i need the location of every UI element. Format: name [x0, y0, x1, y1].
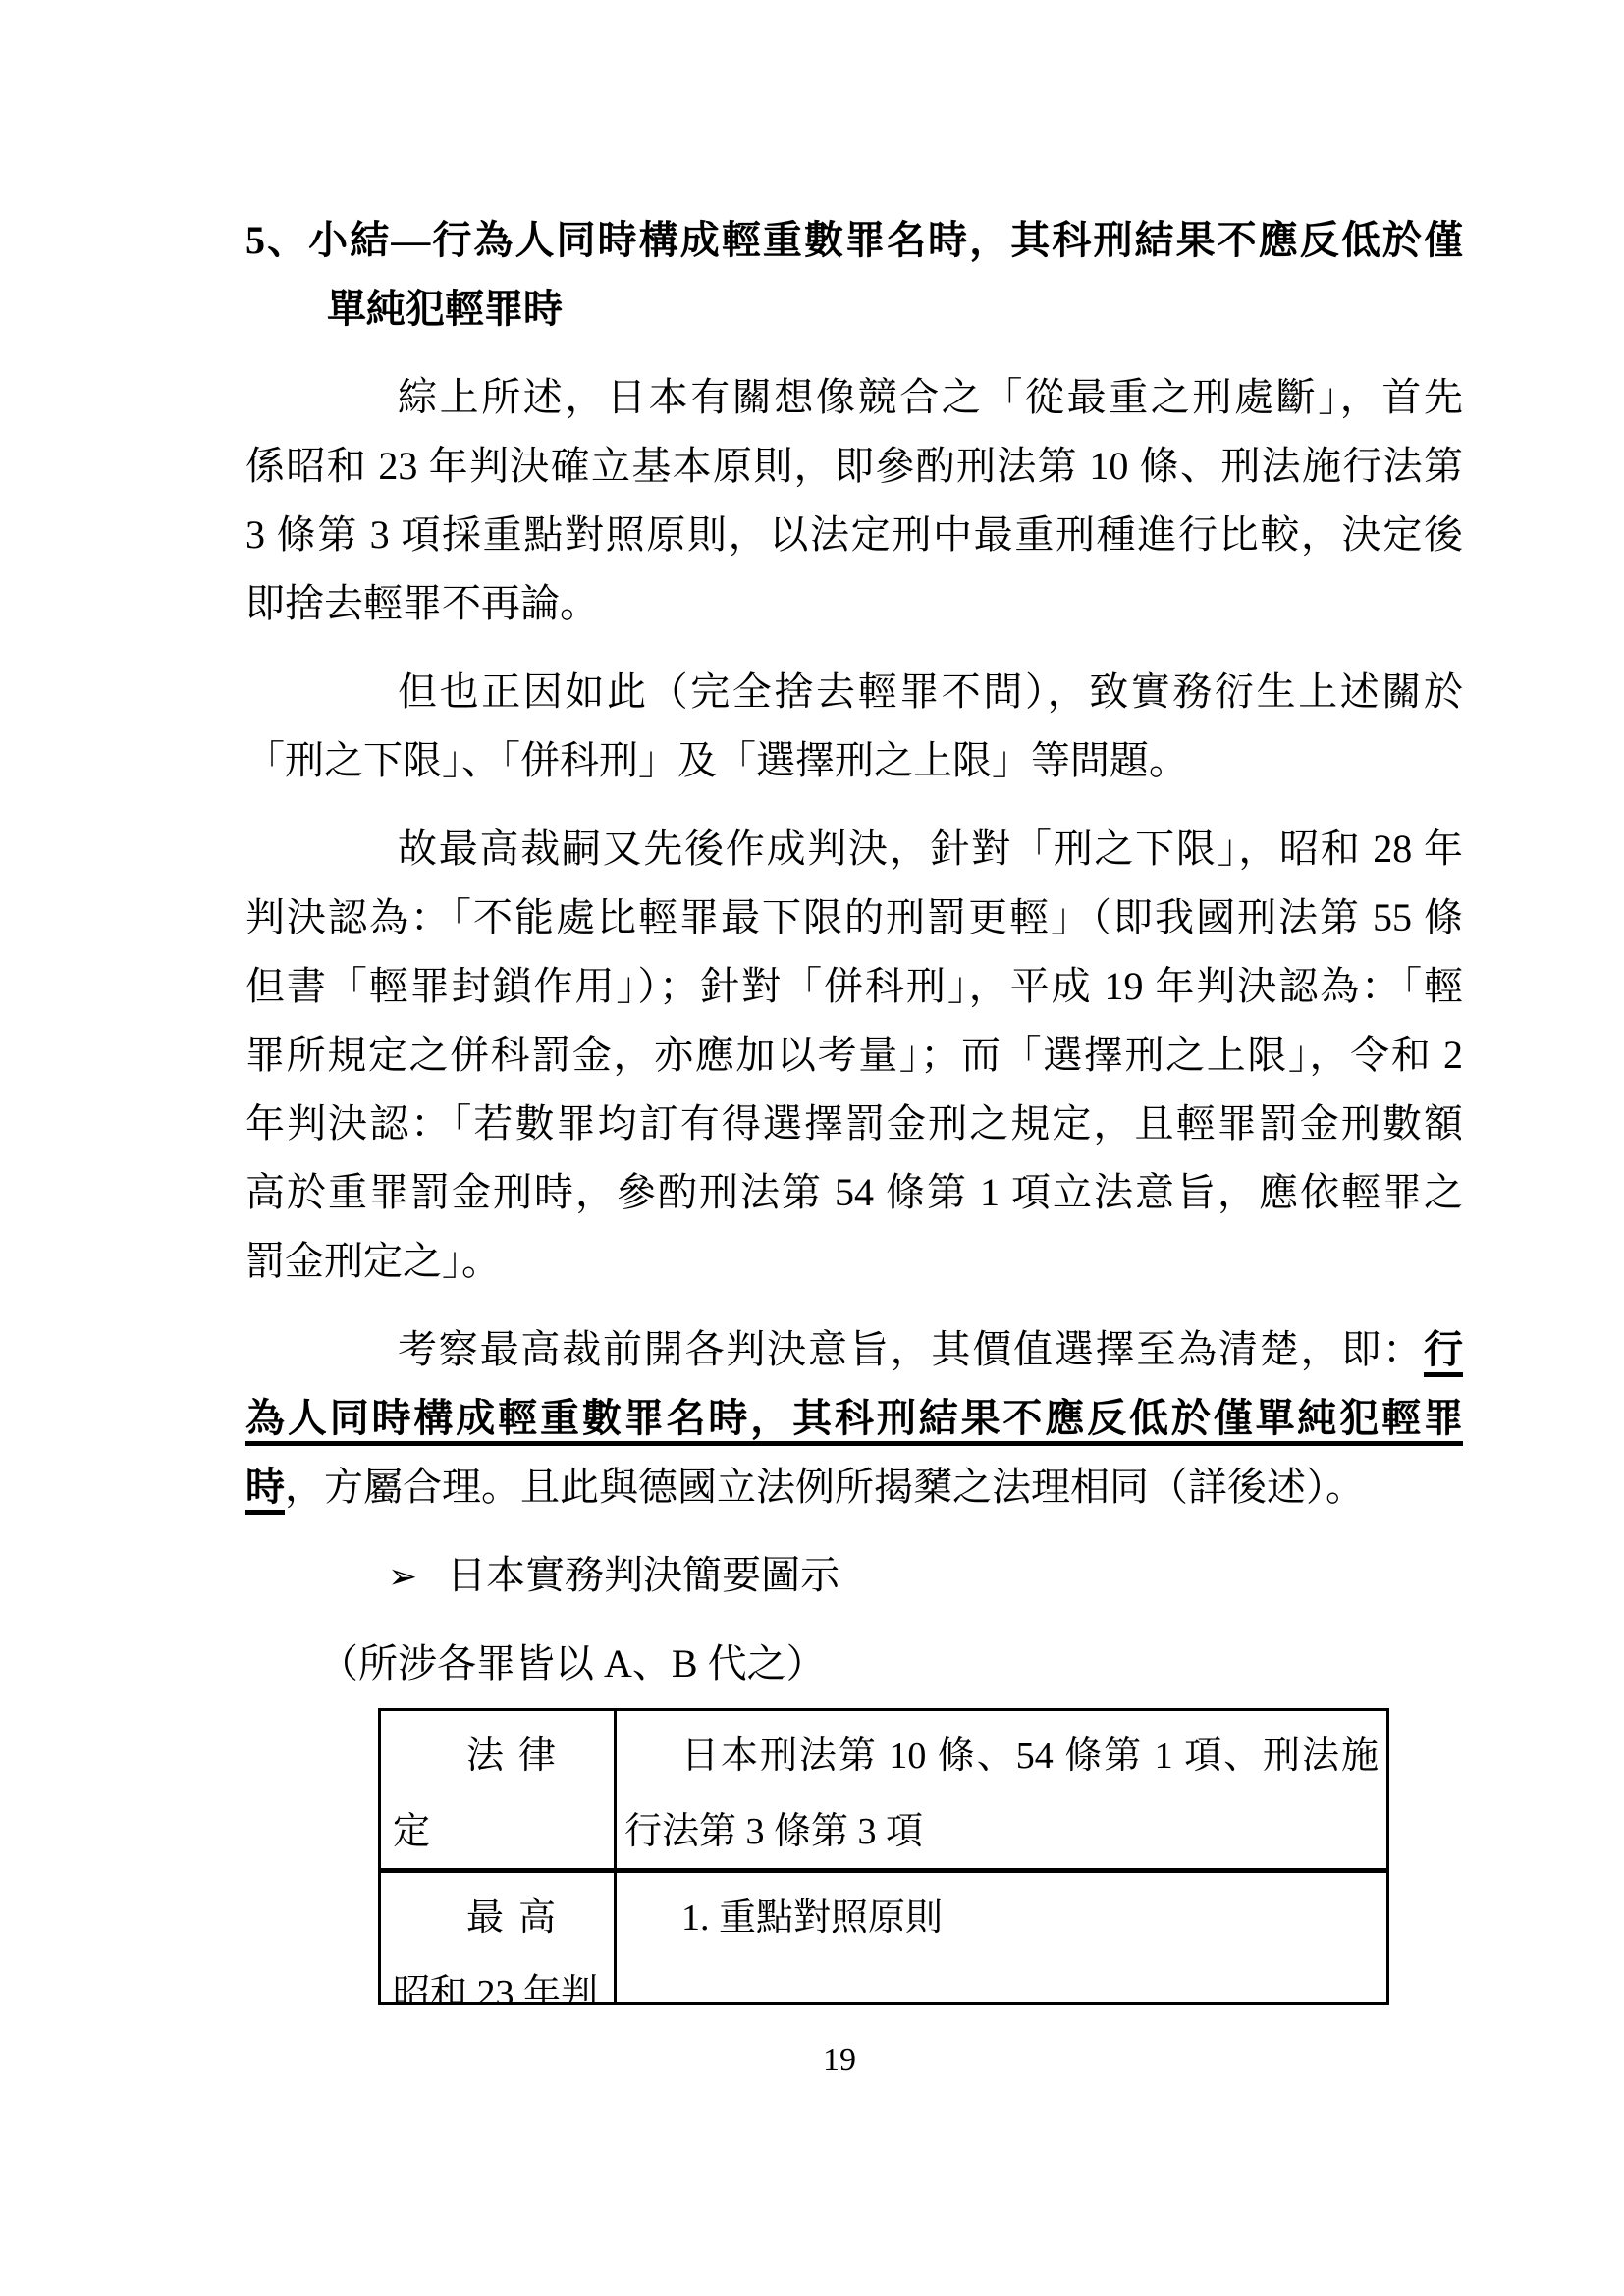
paragraph-4-emphasis: 為人同時構成輕重數罪名時，其科刑結果不應反低於僅單純犯輕罪 [245, 1396, 1463, 1440]
paragraph-3-line: 高於重罪罰金刑時，參酌刑法第 54 條第 1 項立法意旨，應依輕罪之 [245, 1158, 1463, 1227]
table-value-cell: 1. 重點對照原則 [617, 1873, 1386, 2002]
paragraph-2-line: 「刑之下限」、「併科刑」及「選擇刑之上限」等問題。 [245, 726, 1463, 795]
document-page: 5、小結—行為人同時構成輕重數罪名時，其科刑結果不應反低於僅 單純犯輕罪時 綜上… [0, 0, 1624, 2296]
table-row: 法律規 定 日本刑法第 10 條、54 條第 1 項、刑法施 行法第 3 條第 … [381, 1711, 1386, 1868]
table-value-cell: 日本刑法第 10 條、54 條第 1 項、刑法施 行法第 3 條第 3 項 [617, 1711, 1386, 1868]
paragraph-4-text: 考察最高裁前開各判決意旨，其價值選擇至為清楚，即： [398, 1327, 1424, 1371]
section-heading-line-1: 5、小結—行為人同時構成輕重數罪名時，其科刑結果不應反低於僅 [245, 206, 1463, 275]
table-cell-text: 日本刑法第 10 條、54 條第 1 項、刑法施 [624, 1719, 1379, 1794]
table-cell-text: 定 [393, 1794, 606, 1868]
paragraph-1-line: 3 條第 3 項採重點對照原則，以法定刑中最重刑種進行比較，決定後 [245, 501, 1463, 569]
page-number: 19 [55, 2042, 1624, 2079]
paragraph-4-text: ，方屬合理。且此與德國立法例所揭櫫之法理相同（詳後述）。 [285, 1465, 1365, 1509]
table-header-cell: 法律規 定 [381, 1711, 617, 1868]
table-row: 最高裁 昭和 23 年判 1. 重點對照原則 [381, 1868, 1386, 2002]
paragraph-4-emphasis: 時 [245, 1465, 285, 1509]
table-cell-text: 法律規 [393, 1719, 606, 1794]
table-cell-text: 1. 重點對照原則 [624, 1881, 1379, 1956]
table-header-cell: 最高裁 昭和 23 年判 [381, 1873, 617, 2002]
table-cell-text: 最高裁 [393, 1881, 606, 1956]
paragraph-3-line: 故最高裁嗣又先後作成判決，針對「刑之下限」，昭和 28 年 [245, 815, 1463, 883]
table-cell-text: 昭和 23 年判 [393, 1956, 606, 2002]
paragraph-3-line: 罪所規定之併科罰金，亦應加以考量」；而「選擇刑之上限」，令和 2 [245, 1021, 1463, 1090]
document-body: 5、小結—行為人同時構成輕重數罪名時，其科刑結果不應反低於僅 單純犯輕罪時 綜上… [245, 206, 1463, 1698]
paragraph-1-line: 即捨去輕罪不再論。 [245, 569, 1463, 638]
paragraph-3-line: 罰金刑定之」。 [245, 1227, 1463, 1296]
arrowhead-bullet-icon: ➢ [388, 1542, 417, 1611]
bullet-item: ➢日本實務判決簡要圖示 [245, 1541, 1463, 1610]
paragraph-3-line: 但書「輕罪封鎖作用」）；針對「併科刑」，平成 19 年判決認為：「輕 [245, 952, 1463, 1021]
paragraph-2-line: 但也正因如此（完全捨去輕罪不問），致實務衍生上述關於 [245, 658, 1463, 726]
paragraph-4-line: 為人同時構成輕重數罪名時，其科刑結果不應反低於僅單純犯輕罪 [245, 1384, 1463, 1453]
paragraph-4-line: 考察最高裁前開各判決意旨，其價值選擇至為清楚，即：行 [245, 1315, 1463, 1384]
table-cell-text: 行法第 3 條第 3 項 [624, 1794, 1379, 1868]
legend-note: （所涉各罪皆以 A、B 代之） [245, 1629, 1463, 1698]
paragraph-4-line: 時，方屬合理。且此與德國立法例所揭櫫之法理相同（詳後述）。 [245, 1453, 1463, 1522]
paragraph-4-emphasis: 行 [1424, 1327, 1463, 1371]
paragraph-3-line: 年判決認：「若數罪均訂有得選擇罰金刑之規定，且輕罪罰金刑數額 [245, 1090, 1463, 1158]
paragraph-3-line: 判決認為：「不能處比輕罪最下限的刑罰更輕」（即我國刑法第 55 條 [245, 883, 1463, 952]
paragraph-1-line: 綜上所述，日本有關想像競合之「從最重之刑處斷」，首先 [245, 363, 1463, 432]
bullet-item-label: 日本實務判決簡要圖示 [447, 1553, 839, 1597]
paragraph-1-line: 係昭和 23 年判決確立基本原則，即參酌刑法第 10 條、刑法施行法第 [245, 432, 1463, 501]
summary-table: 法律規 定 日本刑法第 10 條、54 條第 1 項、刑法施 行法第 3 條第 … [378, 1708, 1389, 2005]
section-heading-line-2: 單純犯輕罪時 [245, 275, 1463, 344]
